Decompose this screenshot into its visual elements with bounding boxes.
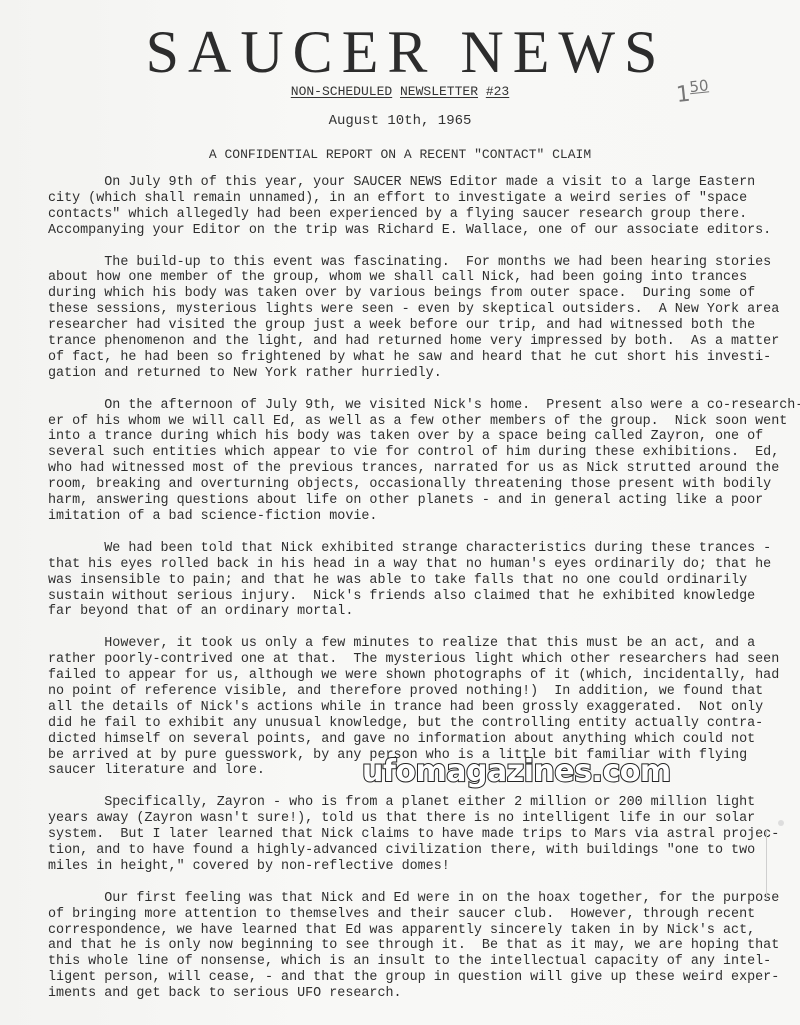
article-paragraph: The build-up to this event was fascinati… — [48, 255, 793, 382]
text-line: gation and returned to New York rather h… — [48, 366, 793, 382]
text-line: Accompanying your Editor on the trip was… — [48, 223, 793, 239]
article-headline: A CONFIDENTIAL REPORT ON A RECENT "CONTA… — [0, 147, 800, 162]
price-cents: 50 — [689, 76, 710, 96]
text-line: er of his whom we will call Ed, as well … — [48, 414, 793, 430]
text-line: miles in height," covered by non-reflect… — [48, 859, 793, 875]
text-line: harm, answering questions about life on … — [48, 493, 793, 509]
subtitle-part: NON-SCHEDULED — [291, 84, 392, 99]
text-line: that his eyes rolled back in his head in… — [48, 557, 793, 573]
text-line: trance phenomenon and the light, and had… — [48, 334, 793, 350]
text-line: of bringing more attention to themselves… — [48, 907, 793, 923]
article-body: On July 9th of this year, your SAUCER NE… — [48, 175, 793, 1018]
text-line: was insensible to pain; and that he was … — [48, 573, 793, 589]
text-line: rather poorly-contrived one at that. The… — [48, 652, 793, 668]
text-line: tion, and to have found a highly-advance… — [48, 843, 793, 859]
issue-number: #23 — [486, 84, 509, 99]
text-line: On the afternoon of July 9th, we visited… — [48, 398, 793, 414]
text-line: However, it took us only a few minutes t… — [48, 636, 793, 652]
issue-date: August 10th, 1965 — [0, 113, 800, 129]
text-line: of fact, he had been so frightened by wh… — [48, 350, 793, 366]
page-margin-mark — [766, 830, 767, 900]
text-line: dicted himself on several points, and ga… — [48, 732, 793, 748]
article-paragraph: We had been told that Nick exhibited str… — [48, 541, 793, 621]
text-line: city (which shall remain unnamed), in an… — [48, 191, 793, 207]
watermark: ufomagazines.com — [362, 754, 642, 789]
article-paragraph: On July 9th of this year, your SAUCER NE… — [48, 175, 793, 239]
text-line: Specifically, Zayron - who is from a pla… — [48, 795, 793, 811]
text-line: during which his body was taken over by … — [48, 286, 793, 302]
page-smudge — [778, 820, 784, 826]
newsletter-page: SAUCER NEWS NON-SCHEDULED NEWSLETTER #23… — [0, 0, 800, 1025]
text-line: imitation of a bad science-fiction movie… — [48, 509, 793, 525]
text-line: far beyond that of an ordinary mortal. — [48, 604, 793, 620]
text-line: who had witnessed most of the previous t… — [48, 461, 793, 477]
text-line: failed to appear for us, although we wer… — [48, 668, 793, 684]
text-line: room, breaking and overturning objects, … — [48, 477, 793, 493]
text-line: about how one member of the group, whom … — [48, 270, 793, 286]
text-line: these sessions, mysterious lights were s… — [48, 302, 793, 318]
text-line: ligent person, will cease, - and that th… — [48, 970, 793, 986]
text-line: years away (Zayron wasn't sure!), told u… — [48, 811, 793, 827]
text-line: this whole line of nonsense, which is an… — [48, 954, 793, 970]
text-line: We had been told that Nick exhibited str… — [48, 541, 793, 557]
text-line: contacts" which allegedly had been exper… — [48, 207, 793, 223]
text-line: correspondence, we have learned that Ed … — [48, 923, 793, 939]
text-line: The build-up to this event was fascinati… — [48, 255, 793, 271]
text-line: sustain without serious injury. Nick's f… — [48, 589, 793, 605]
text-line: On July 9th of this year, your SAUCER NE… — [48, 175, 793, 191]
handwritten-price: 150 — [675, 76, 711, 108]
text-line: and that he is only now beginning to see… — [48, 938, 793, 954]
text-line: into a trance during which his body was … — [48, 429, 793, 445]
subtitle-part: NEWSLETTER — [400, 84, 478, 99]
article-paragraph: Our first feeling was that Nick and Ed w… — [48, 891, 793, 1002]
text-line: no point of reference visible, and there… — [48, 684, 793, 700]
text-line: Our first feeling was that Nick and Ed w… — [48, 891, 793, 907]
text-line: system. But I later learned that Nick cl… — [48, 827, 793, 843]
masthead-title: SAUCER NEWS — [0, 22, 800, 82]
text-line: several such entities which appear to vi… — [48, 445, 793, 461]
text-line: researcher had visited the group just a … — [48, 318, 793, 334]
article-paragraph: Specifically, Zayron - who is from a pla… — [48, 795, 793, 875]
text-line: iments and get back to serious UFO resea… — [48, 986, 793, 1002]
text-line: did he fail to exhibit any unusual knowl… — [48, 716, 793, 732]
article-paragraph: On the afternoon of July 9th, we visited… — [48, 398, 793, 525]
text-line: all the details of Nick's actions while … — [48, 700, 793, 716]
